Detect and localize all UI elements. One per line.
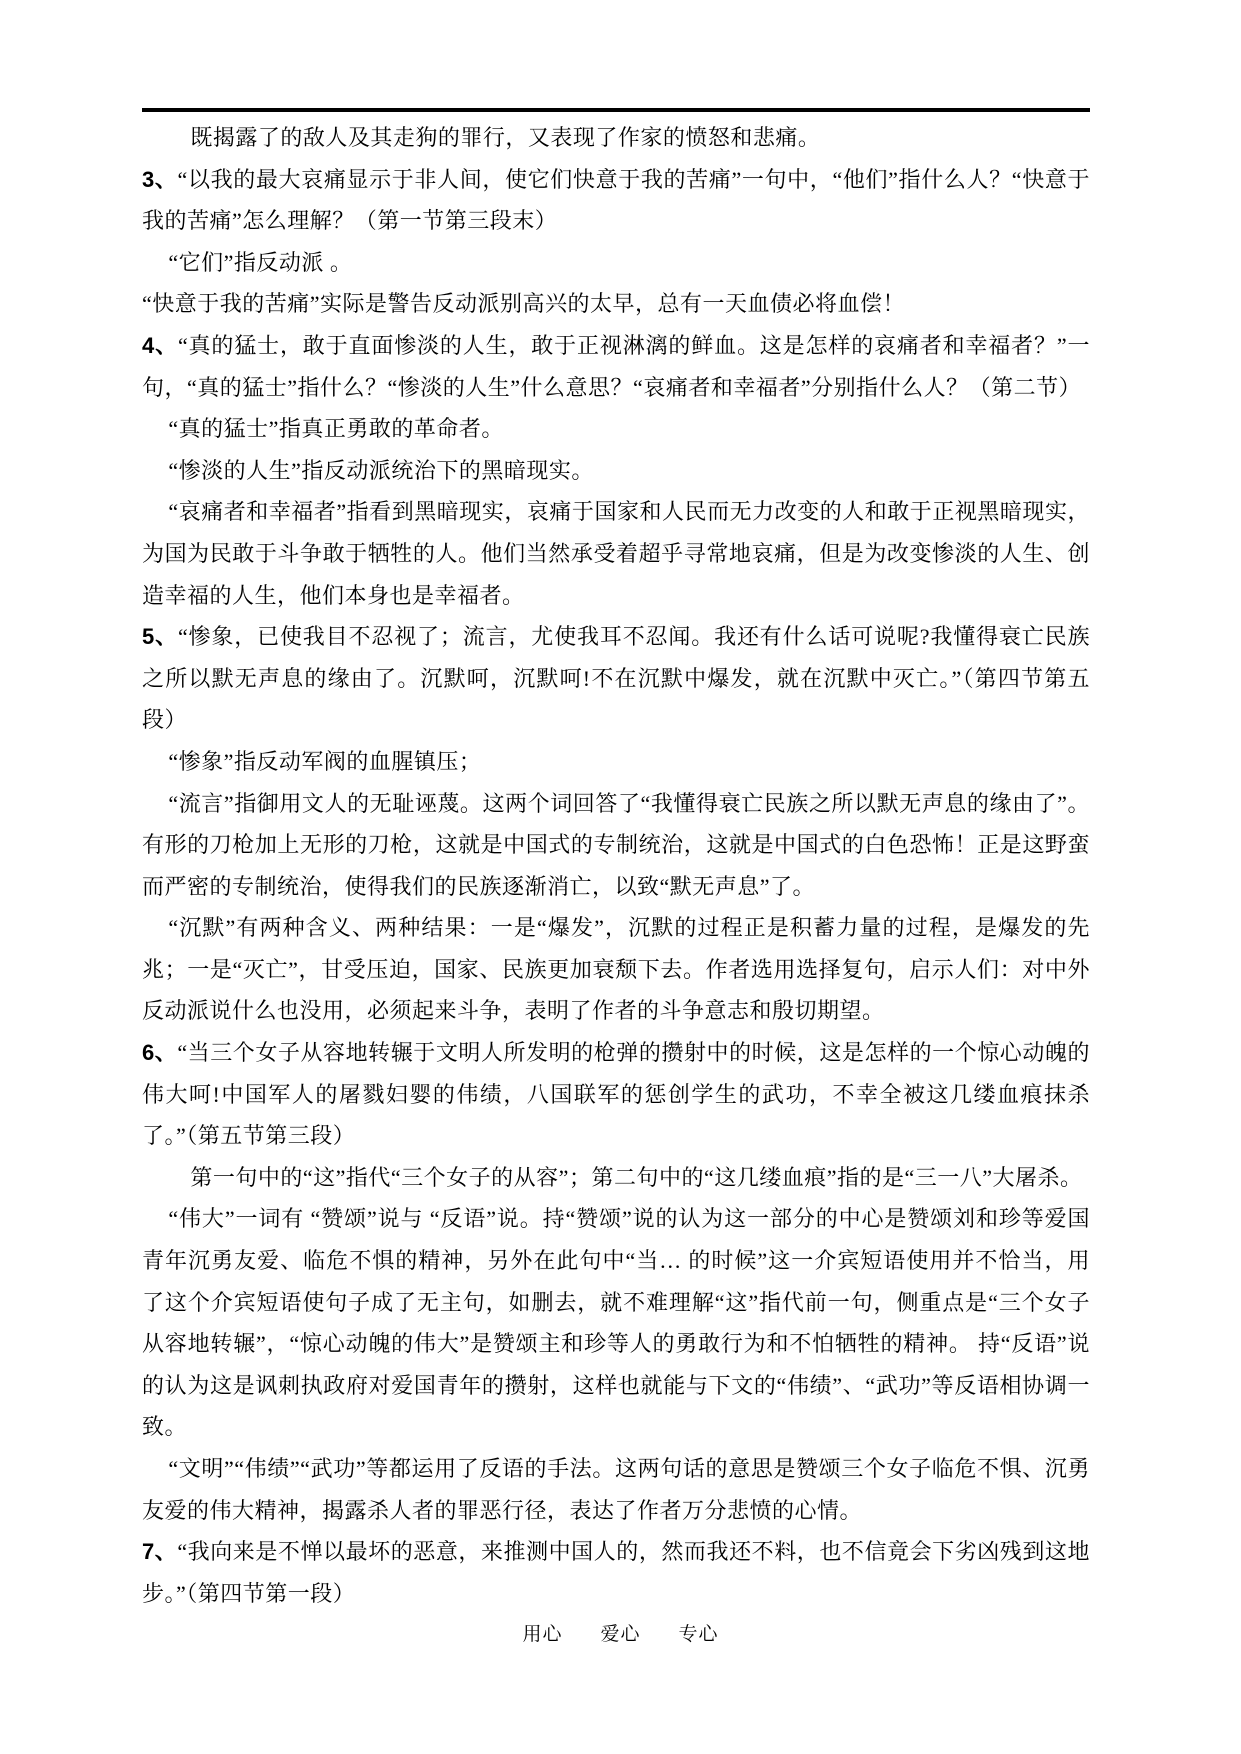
paragraph: 第一句中的“这”指代“三个女子的从容”；第二句中的“这几缕血痕”指的是“三一八”…	[142, 1157, 1090, 1199]
paragraph-text: “真的猛士，敢于直面惨淡的人生，敢于正视淋漓的鲜血。这是怎样的哀痛者和幸福者？”…	[142, 333, 1090, 400]
paragraph-text: “惨淡的人生”指反动派统治下的黑暗现实。	[168, 458, 594, 483]
paragraph: 6、“当三个女子从容地转辗于文明人所发明的枪弹的攒射中的时候，这是怎样的一个惊心…	[142, 1032, 1090, 1157]
paragraph-text: 第一句中的“这”指代“三个女子的从容”；第二句中的“这几缕血痕”指的是“三一八”…	[190, 1165, 1082, 1190]
paragraph: 4、“真的猛士，敢于直面惨淡的人生，敢于正视淋漓的鲜血。这是怎样的哀痛者和幸福者…	[142, 325, 1090, 408]
paragraph: “惨淡的人生”指反动派统治下的黑暗现实。	[142, 450, 1090, 492]
header-rule	[142, 108, 1090, 112]
paragraph-text: “惨象，已使我目不忍视了；流言，尤使我耳不忍闻。我还有什么话可说呢?我懂得衰亡民…	[142, 624, 1090, 732]
paragraph: “哀痛者和幸福者”指看到黑暗现实，哀痛于国家和人民而无力改变的人和敢于正视黑暗现…	[142, 491, 1090, 616]
paragraph-text: “以我的最大哀痛显示于非人间，使它们快意于我的苦痛”一句中，“他们”指什么人？“…	[142, 167, 1090, 234]
question-number: 6、	[142, 1040, 177, 1065]
paragraph-text: “它们”指反动派 。	[168, 250, 352, 275]
paragraph: “流言”指御用文人的无耻诬蔑。这两个词回答了“我懂得衰亡民族之所以默无声息的缘由…	[142, 783, 1090, 908]
paragraph: 既揭露了的敌人及其走狗的罪行，又表现了作家的愤怒和悲痛。	[142, 117, 1090, 159]
document-body: 既揭露了的敌人及其走狗的罪行，又表现了作家的愤怒和悲痛。3、“以我的最大哀痛显示…	[142, 108, 1090, 1614]
paragraph-text: “文明”“伟绩”“武功”等都运用了反语的手法。这两句话的意思是赞颂三个女子临危不…	[142, 1456, 1090, 1523]
paragraph-text: “惨象”指反动军阀的血腥镇压；	[168, 749, 481, 774]
footer-item: 用心	[522, 1622, 562, 1648]
paragraph-text: “沉默”有两种含义、两种结果：一是“爆发”，沉默的过程正是积蓄力量的过程，是爆发…	[142, 915, 1090, 1023]
paragraph: “文明”“伟绩”“武功”等都运用了反语的手法。这两句话的意思是赞颂三个女子临危不…	[142, 1448, 1090, 1531]
paragraph-text: “流言”指御用文人的无耻诬蔑。这两个词回答了“我懂得衰亡民族之所以默无声息的缘由…	[142, 791, 1090, 899]
page-footer: 用心爱心专心	[0, 1622, 1241, 1648]
paragraph: “沉默”有两种含义、两种结果：一是“爆发”，沉默的过程正是积蓄力量的过程，是爆发…	[142, 907, 1090, 1032]
paragraph: “快意于我的苦痛”实际是警告反动派别高兴的太早，总有一天血债必将血偿！	[142, 283, 1090, 325]
paragraph-text: “真的猛士”指真正勇敢的革命者。	[168, 416, 504, 441]
footer-item: 专心	[679, 1622, 719, 1648]
paragraph-text: “快意于我的苦痛”实际是警告反动派别高兴的太早，总有一天血债必将血偿！	[142, 291, 905, 316]
paragraph: “惨象”指反动军阀的血腥镇压；	[142, 741, 1090, 783]
question-number: 3、	[142, 167, 178, 192]
paragraph-text: “哀痛者和幸福者”指看到黑暗现实，哀痛于国家和人民而无力改变的人和敢于正视黑暗现…	[142, 499, 1090, 607]
footer-item: 爱心	[600, 1622, 640, 1648]
document-page: 既揭露了的敌人及其走狗的罪行，又表现了作家的愤怒和悲痛。3、“以我的最大哀痛显示…	[0, 0, 1241, 1754]
paragraph: 3、“以我的最大哀痛显示于非人间，使它们快意于我的苦痛”一句中，“他们”指什么人…	[142, 159, 1090, 242]
question-number: 4、	[142, 333, 178, 358]
paragraph: 5、“惨象，已使我目不忍视了；流言，尤使我耳不忍闻。我还有什么话可说呢?我懂得衰…	[142, 616, 1090, 741]
question-number: 7、	[142, 1539, 177, 1564]
paragraph: “伟大”一词有 “赞颂”说与 “反语”说。持“赞颂”说的认为这一部分的中心是赞颂…	[142, 1198, 1090, 1448]
paragraph: “真的猛士”指真正勇敢的革命者。	[142, 408, 1090, 450]
paragraph-text: 既揭露了的敌人及其走狗的罪行，又表现了作家的愤怒和悲痛。	[190, 125, 820, 150]
question-number: 5、	[142, 624, 178, 649]
paragraph: “它们”指反动派 。	[142, 242, 1090, 284]
paragraph: 7、“我向来是不惮以最坏的恶意，来推测中国人的，然而我还不料，也不信竟会下劣凶残…	[142, 1531, 1090, 1614]
paragraph-text: “伟大”一词有 “赞颂”说与 “反语”说。持“赞颂”说的认为这一部分的中心是赞颂…	[142, 1206, 1090, 1439]
paragraph-text: “当三个女子从容地转辗于文明人所发明的枪弹的攒射中的时候，这是怎样的一个惊心动魄…	[142, 1040, 1090, 1148]
paragraph-text: “我向来是不惮以最坏的恶意，来推测中国人的，然而我还不料，也不信竟会下劣凶残到这…	[142, 1539, 1090, 1606]
